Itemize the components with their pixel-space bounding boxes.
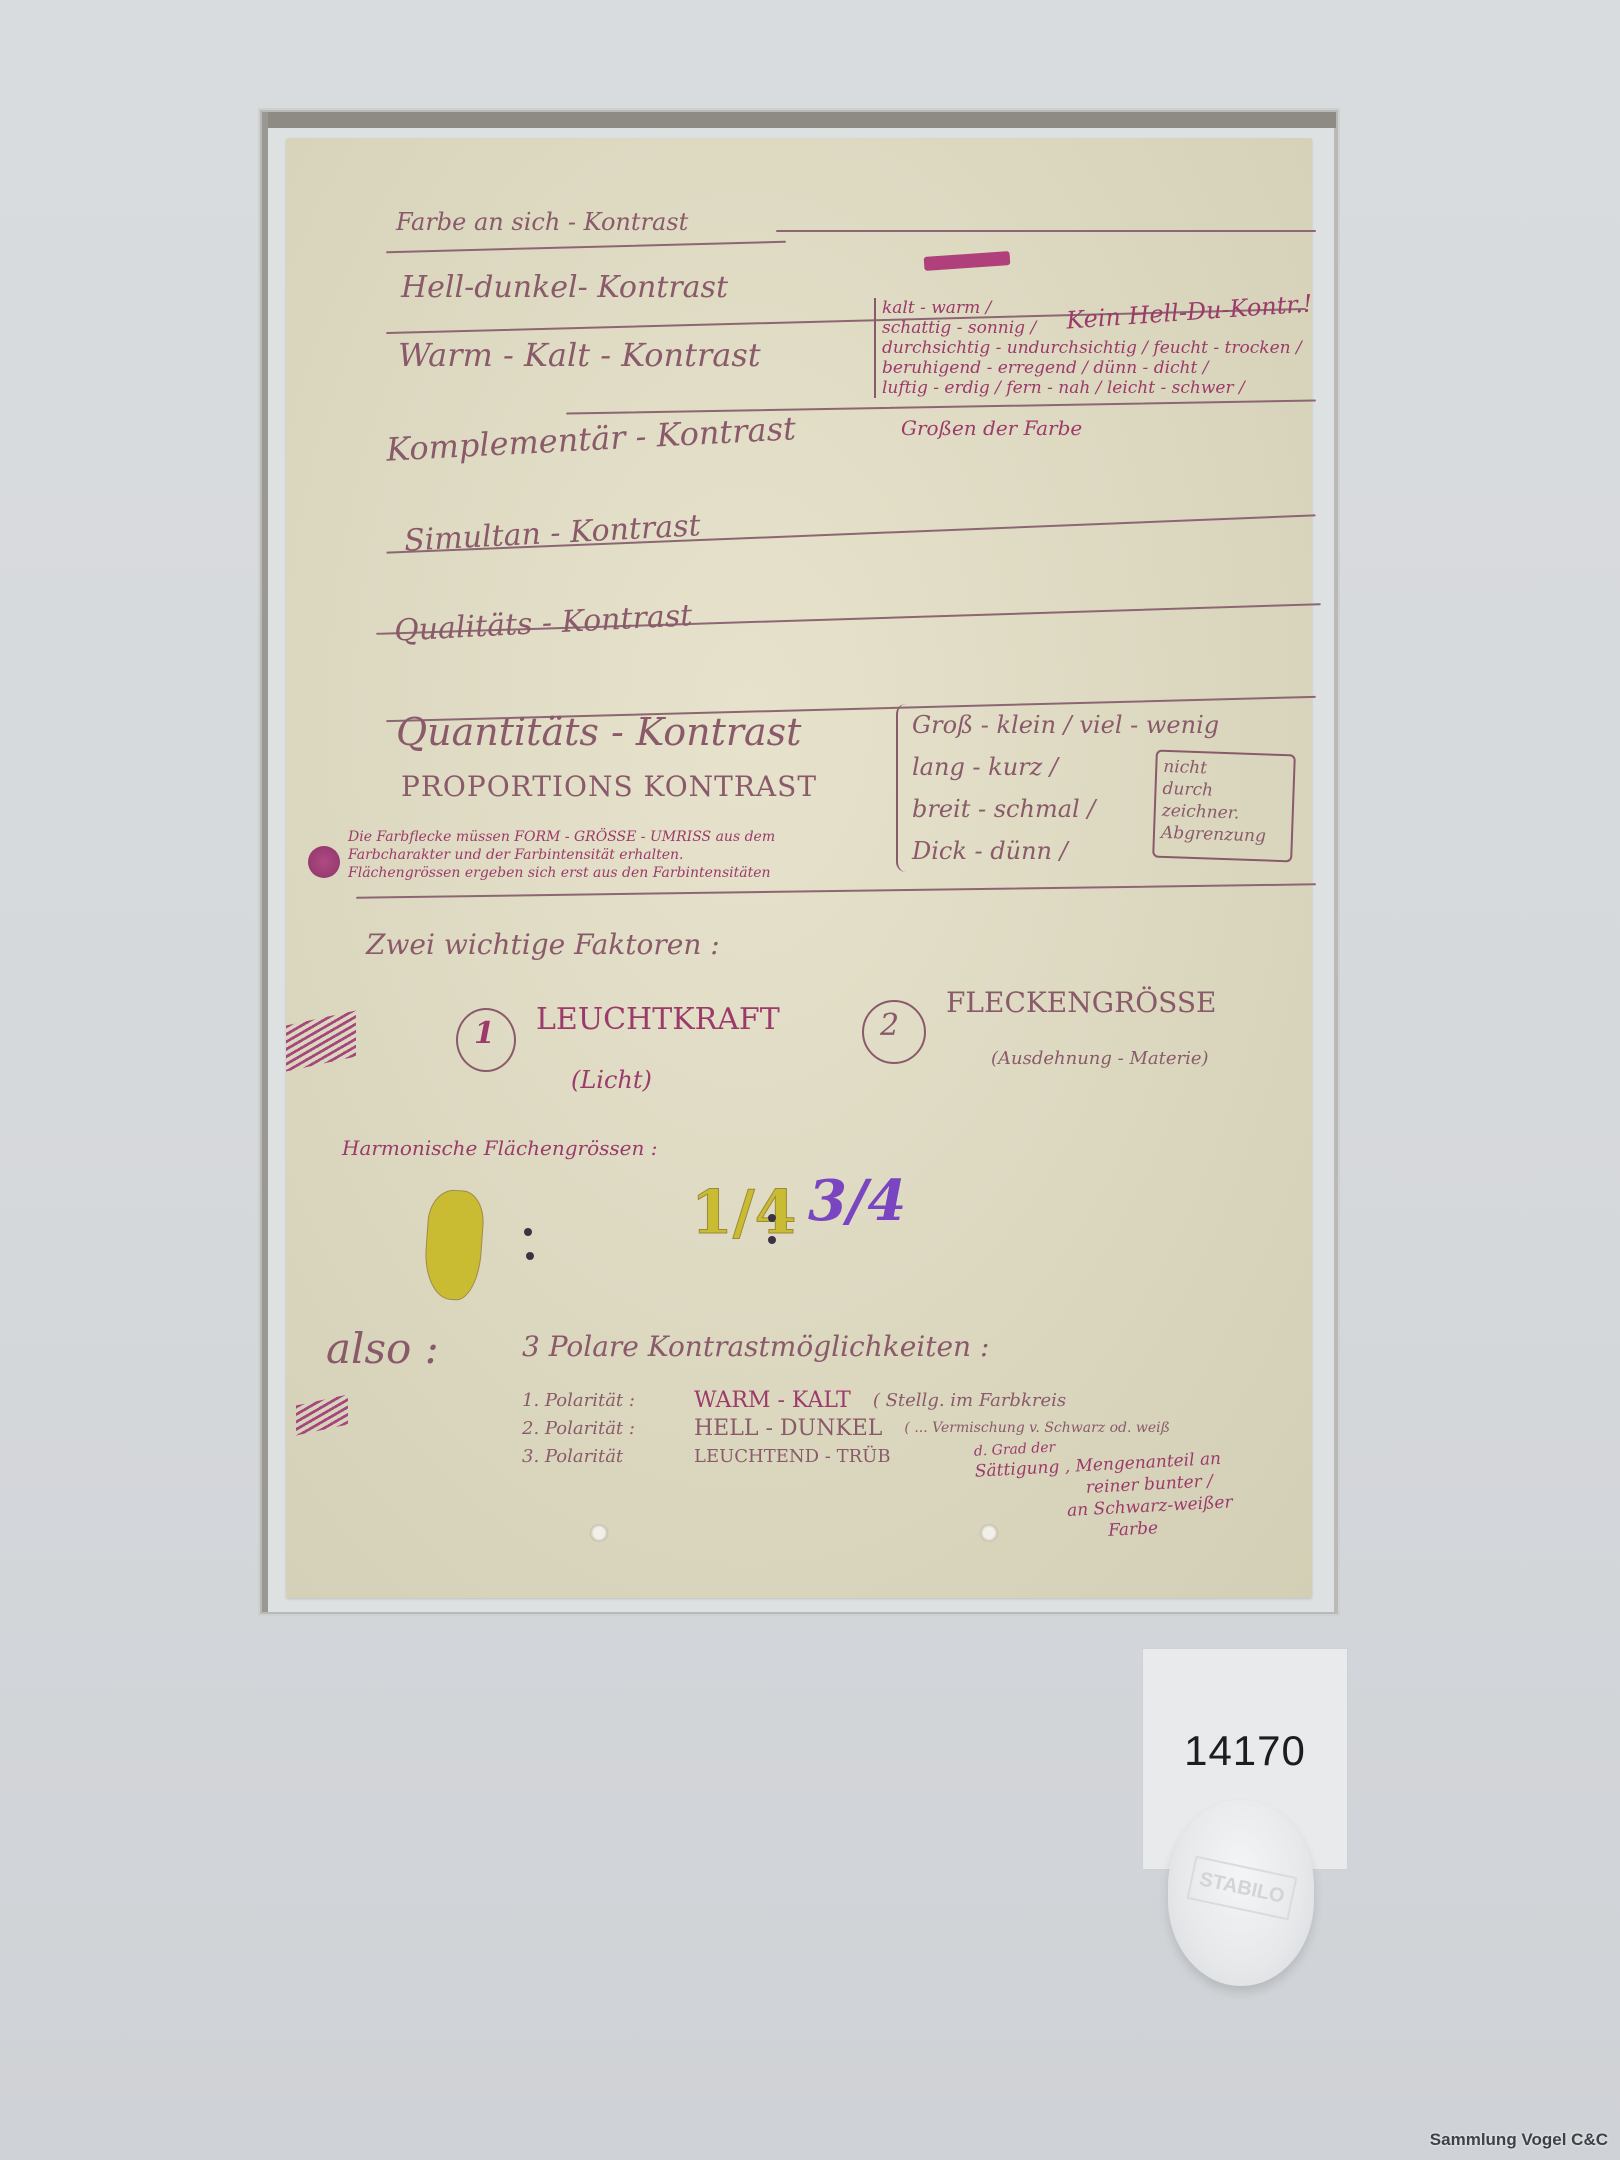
line-farbe-an-sich: Farbe an sich - Kontrast bbox=[396, 208, 688, 236]
polaritaet-3-note: d. Grad der Sättigung , Mengenanteil an … bbox=[973, 1429, 1234, 1548]
magenta-marker-stroke bbox=[924, 251, 1011, 271]
rule bbox=[386, 241, 786, 253]
marker-scribble bbox=[286, 1011, 356, 1072]
factor-subtitle: (Licht) bbox=[571, 1066, 652, 1094]
note-line: luftig - erdig / fern - nah / leicht - s… bbox=[882, 378, 1312, 398]
also-label: also : bbox=[326, 1324, 439, 1373]
punch-hole bbox=[588, 1524, 610, 1542]
factor-number: 1 bbox=[474, 1016, 495, 1051]
harmonische-heading: Harmonische Flächengrössen : bbox=[342, 1136, 658, 1160]
zwei-faktoren-heading: Zwei wichtige Faktoren : bbox=[366, 928, 720, 961]
manuscript-sheet: Farbe an sich - Kontrast Hell-dunkel- Ko… bbox=[286, 138, 1312, 1598]
note-line: Die Farbflecke müssen FORM - GRÖSSE - UM… bbox=[348, 828, 775, 846]
ratio-right: 3/4 bbox=[808, 1168, 906, 1234]
rule bbox=[356, 883, 1316, 898]
rule bbox=[566, 399, 1316, 414]
polaritaet-value: HELL - DUNKEL bbox=[694, 1416, 882, 1441]
knob-brand-emboss: STABILO bbox=[1187, 1856, 1298, 1921]
line-qualitaets: Qualitäts - Kontrast bbox=[393, 598, 693, 649]
collection-watermark: Sammlung Vogel C&C bbox=[1430, 2130, 1608, 2150]
polaritaet-label: 1. Polarität : bbox=[522, 1390, 672, 1411]
note-line: beruhigend - erregend / dünn - dicht / bbox=[882, 358, 1312, 378]
punch-hole bbox=[978, 1524, 1000, 1542]
factor-subtitle: (Ausdehnung - Materie) bbox=[991, 1048, 1209, 1069]
note-line: Farbcharakter und der Farbintensität erh… bbox=[348, 846, 775, 864]
line-warm-kalt: Warm - Kalt - Kontrast bbox=[398, 336, 761, 374]
mat-shadow bbox=[262, 112, 1336, 128]
boxed-line: Abgrenzung bbox=[1161, 822, 1286, 848]
polaritaet-row: 1. Polarität : WARM - KALT ( Stellg. im … bbox=[522, 1386, 1170, 1414]
polaritaet-value: LEUCHTEND - TRÜB bbox=[694, 1446, 891, 1467]
factor-number: 2 bbox=[880, 1008, 899, 1043]
pair: Groß - klein / viel - wenig bbox=[912, 704, 1219, 746]
note-line: Flächengrössen ergeben sich erst aus den… bbox=[348, 864, 775, 882]
magenta-dot bbox=[308, 846, 340, 878]
factor-title: FLECKENGRÖSSE bbox=[946, 986, 1216, 1019]
factor-title: LEUCHTKRAFT bbox=[536, 1002, 780, 1037]
note-line: durchsichtig - undurchsichtig / feucht -… bbox=[882, 338, 1312, 358]
label-holder-knob: STABILO bbox=[1168, 1800, 1314, 1986]
line-quantitaets: Quantitäts - Kontrast bbox=[396, 710, 801, 754]
ratio-left: 1/4 bbox=[691, 1178, 796, 1248]
komplementaer-note: Großen der Farbe bbox=[901, 416, 1082, 440]
line-hell-dunkel: Hell-dunkel- Kontrast bbox=[401, 270, 728, 305]
rule bbox=[776, 230, 1316, 232]
polaritaet-label: 2. Polarität : bbox=[522, 1418, 672, 1439]
line-proportions: PROPORTIONS KONTRAST bbox=[401, 770, 817, 803]
inventory-number: 14170 bbox=[1143, 1727, 1347, 1775]
farbflecke-note: Die Farbflecke müssen FORM - GRÖSSE - UM… bbox=[348, 828, 775, 882]
line-simultan: Simultan - Kontrast bbox=[403, 508, 701, 558]
polare-heading: 3 Polare Kontrastmöglichkeiten : bbox=[522, 1330, 989, 1363]
polaritaet-note: ( Stellg. im Farbkreis bbox=[873, 1390, 1066, 1411]
marker-scribble bbox=[296, 1394, 348, 1435]
polaritaet-label: 3. Polarität bbox=[522, 1446, 672, 1467]
yellow-color-patch bbox=[422, 1188, 486, 1302]
polaritaet-value: WARM - KALT bbox=[694, 1388, 851, 1413]
line-komplementaer: Komplementär - Kontrast bbox=[385, 409, 796, 468]
boxed-note: nicht durch zeichner. Abgrenzung bbox=[1152, 750, 1296, 863]
